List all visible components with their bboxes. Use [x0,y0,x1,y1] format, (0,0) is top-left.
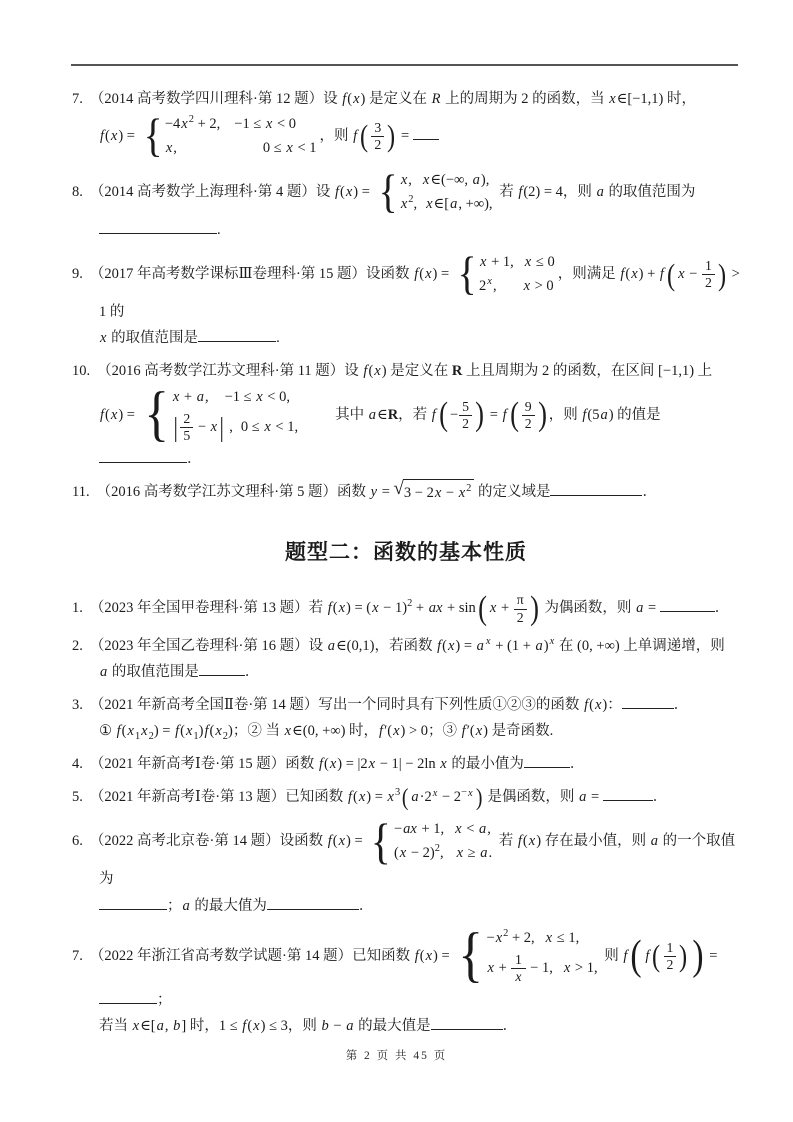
problem-number: 6. [72,833,83,849]
math-run-i: x [352,91,360,107]
answer-blank [524,752,570,768]
math-run-i: x [368,756,376,772]
problem-number: 11. [72,484,90,500]
math-run-big: ) [387,124,395,148]
math-run-i: x [467,788,474,799]
math-run-big: ) [718,263,726,287]
math-run-t: − 1| − 2ln [376,756,439,772]
math-run-t: ) = [154,723,174,739]
problem-list-section2: 1.（2023 年全国甲卷理科·第 13 题）若 f(x) = (x − 1)2… [72,592,740,1039]
math-run-t: −1 ≤ [234,116,265,132]
answer-blank [99,218,217,234]
math-run-t: = [378,484,393,500]
math-run-t: ) = [118,407,138,423]
math-run-i: a [327,638,336,654]
math-run-t: ( [333,833,338,849]
math-run-t: ′( [384,723,392,739]
math-run-t: 2 [374,137,381,152]
math-run-t: . [217,222,221,238]
math-run-t: （2021 年新高考Ⅰ卷·第 15 题）函数 [90,756,318,772]
problem-item: 3.（2021 年新高考全国Ⅱ卷·第 14 题）写出一个同时具有下列性质①②③的… [72,692,740,744]
math-run-t: < 1 [294,140,317,156]
math-run-i: x [563,960,571,976]
math-run-t: = [644,600,659,616]
problem-list-section1: 7.（2014 高考数学四川理科·第 12 题）设 f(x) 是定义在 R 上的… [72,86,740,506]
math-run-sup: x [485,636,492,647]
math-run-big: | [173,416,177,438]
answer-blank [622,693,674,709]
cases-row: −ax + 1,x < a, [394,819,492,840]
math-run-cases: {−ax + 1,x < a,(x − 2)2,x ≥ a. [369,819,492,864]
math-run-t: , [493,278,497,294]
math-run-i: y [370,484,378,500]
math-run-t: （2014 高考数学四川理科·第 12 题）设 [90,91,341,107]
math-run-i: ax [402,821,418,837]
math-run-t: 则 [601,948,623,964]
math-run-t: > 1, [571,960,597,976]
math-run-t: 为偶函数，则 [541,600,635,616]
math-run-t: ) 是奇函数. [483,723,553,739]
math-run-i: x [456,845,464,861]
math-run-i: R [431,91,442,107]
math-run-t: − 2 [438,789,461,805]
math-run-t: 2 [705,275,712,290]
math-run-t: − 1) [380,600,408,616]
math-run-big: ( [360,124,368,148]
answer-blank [431,1014,503,1030]
math-run-big: ( [439,402,448,429]
math-run-i: x [425,948,433,964]
problem-body: （2021 年新高考全国Ⅱ卷·第 14 题）写出一个同时具有下列性质①②③的函数… [90,697,688,739]
math-run-i: a [596,184,605,200]
math-run-t: 2 [517,610,524,625]
math-run-sup: −x [461,788,474,799]
math-run-t: − [194,419,209,435]
math-run-t: ． [503,1018,518,1034]
math-run-t: ． [642,484,657,500]
math-run-i: x [400,172,408,188]
math-run-t: 的最大值是 [354,1018,430,1034]
answer-blank [267,893,359,909]
math-run-t: < 0, [264,389,290,405]
math-run-i: x [514,969,522,984]
math-run-i: x [338,833,346,849]
cases-row: x,x∈(−∞, a), [400,170,493,191]
math-run-i: x [358,789,366,805]
math-run-t: )；② 当 [228,723,284,739]
math-run-t: ． [187,451,202,467]
math-run-t: 是定义在 [387,363,452,379]
math-run-t: . [489,845,493,861]
math-run-t: + [497,600,512,616]
math-run-t: 的最大值为 [191,898,267,914]
math-run-t: ) 存在最小值，则 [536,833,650,849]
math-run-sup: 3 [395,788,400,799]
math-run-i: x [677,266,685,282]
math-run-i: x [392,723,400,739]
header-rule [71,64,738,66]
math-run-t: ) > 0；③ [401,723,461,739]
problem-body: （2022 高考北京卷·第 14 题）设函数 f(x) = {−ax + 1,x… [90,833,735,913]
math-run-i: a [449,196,458,212]
math-run-cases: {x + a,−1 ≤ x < 0,|25 − x| ,0 ≤ x < 1, [142,387,299,445]
math-run-t: − [330,1018,345,1034]
problem-number: 1. [72,600,83,616]
answer-blank [99,988,157,1004]
math-run-t: , +∞), [458,196,492,212]
math-run-t: ( [122,723,127,739]
math-run-t: < [463,821,478,837]
page-content: 7.（2014 高考数学四川理科·第 12 题）设 f(x) 是定义在 R 上的… [72,86,740,1046]
math-run-big: ) [530,596,539,623]
math-run-big: ) [475,788,482,808]
math-run-t: ) = [353,184,373,200]
math-run-i: x [434,485,442,501]
math-run-big: ) [692,940,703,974]
math-run-i: x [608,91,616,107]
math-run-b: R [388,407,398,423]
math-run-i: a [368,407,377,423]
math-run-t: ≥ [464,845,479,861]
math-run-t: 若当 [99,1018,132,1034]
problem-item: 7.（2014 高考数学四川理科·第 12 题）设 f(x) 是定义在 R 上的… [72,86,740,161]
math-run-t: 上且周期为 2 的函数，在区间 [−1,1) 上 [462,363,712,379]
math-run-t: , [173,140,177,156]
answer-blank [413,124,439,140]
math-run-i: x [252,1018,260,1034]
problem-body: （2014 高考数学四川理科·第 12 题）设 f(x) 是定义在 R 上的周期… [90,91,696,144]
math-run-t: + sin [443,600,475,616]
math-run-t: − [394,821,402,837]
math-run-i: x [127,723,135,739]
math-run-i: x [345,184,353,200]
math-run-t: ∈(0,1)，若函数 [336,638,436,654]
math-run-big: ( [652,944,660,968]
problem-body: （2023 年全国乙卷理科·第 16 题）设 a∈(0,1)，若函数 f(x) … [90,638,725,680]
math-run-t: （2016 高考数学江苏文理科·第 11 题）设 [97,363,362,379]
answer-blank [660,596,715,612]
math-run-t: ) = [366,789,386,805]
math-run-t: ≤ 0 [532,254,554,270]
math-run-f: 92 [522,399,535,433]
math-run-cases: {−x2 + 2,x ≤ 1,x + 1x − 1,x > 1, [456,928,597,986]
math-run-i: x [485,636,492,647]
math-run-t: − [442,485,457,501]
math-run-i: a [478,821,487,837]
math-run-t: 的取值范围是 [108,664,199,680]
section-heading: 题型二：函数的基本性质 [72,536,740,566]
cases-row: 2x,x > 0 [479,276,555,297]
math-run-t: ． [653,789,668,805]
math-run-big: ( [667,263,675,287]
problem-number: 10. [72,363,90,379]
math-run-i: x [495,930,503,946]
math-run-t: 1 [515,952,522,967]
math-run-i: a [410,789,419,805]
math-run-t: 2 [667,957,674,972]
cases-row: |25 − x| ,0 ≤ x < 1, [172,411,298,445]
math-run-t: 1 [667,940,674,955]
math-run-sup: x [486,276,493,287]
problem-body: （2021 年新高考Ⅰ卷·第 13 题）已知函数 f(x) = x3(a·2x … [90,789,667,805]
math-run-t: = [706,948,718,964]
document-page: 7.（2014 高考数学四川理科·第 12 题）设 f(x) 是定义在 R 上的… [0,0,793,1122]
math-run-t: (5 [587,407,599,423]
math-run-big: ( [478,596,487,623]
math-run-t: 若 [496,184,518,200]
problem-body: （2023 年全国甲卷理科·第 13 题）若 f(x) = (x − 1)2 +… [90,600,729,616]
math-run-t: − 1, [527,960,553,976]
math-run-big: | [220,416,224,438]
math-run-i: x [338,600,346,616]
math-run-b: R [452,363,462,379]
cases-row: −x2 + 2,x ≤ 1, [487,928,598,949]
math-run-t: （2017 年高考数学课标Ⅲ卷理科·第 15 题）设函数 [90,266,413,282]
math-run-i: x [487,960,495,976]
math-run-sup: 2 [466,483,471,494]
answer-blank [603,785,653,801]
math-run-f: 25 [180,411,193,445]
math-run-i: f [431,407,437,423]
math-run-i: x [373,363,381,379]
answer-blank [550,480,642,496]
math-run-i: x [523,278,531,294]
math-run-t: 9 [525,399,532,414]
math-run-t: < 0 [273,116,296,132]
math-run-t: 上的周期为 2 的函数，当 [441,91,608,107]
math-run-t: + 1, [418,821,444,837]
math-run-t: ． [359,898,374,914]
math-run-t: ． [570,756,585,772]
math-run-t: + 2, [508,930,534,946]
math-run-t: 5 [183,428,190,443]
math-run-t: − [487,930,495,946]
math-run-t: ), [481,172,489,188]
math-run-f: 1x [511,952,525,986]
math-run-i: x [371,600,379,616]
math-run-t: . [276,330,280,346]
math-run-cases: {x + 1,x ≤ 02x,x > 0 [456,252,555,297]
math-run-i: x [475,723,483,739]
math-run-t: −1 ≤ [225,389,256,405]
math-run-t: + (1 + [492,638,535,654]
problem-item: 1.（2023 年全国甲卷理科·第 13 题）若 f(x) = (x − 1)2… [72,592,740,626]
math-run-i: x [210,419,218,435]
cases-row: x2,x∈[a, +∞), [400,194,493,215]
math-run-t: ； [167,898,182,914]
math-run-t: > 0 [531,278,554,294]
page-footer: 第 2 页 共 45 页 [0,1047,793,1063]
math-run-i: b [321,1018,330,1034]
math-run-i: a [472,172,481,188]
math-run-t: 5 [462,399,469,414]
math-run-i: x [439,756,447,772]
math-run-t: + 1, [487,254,513,270]
math-run-t: ，则满足 [558,266,620,282]
answer-blank [99,447,187,463]
math-run-i: x [545,930,553,946]
math-run-t: 2 [462,416,469,431]
math-run-i: x [263,419,271,435]
math-run-t: ． [245,664,260,680]
math-run-t: < 1, [272,419,298,435]
math-run-t: 的取值范围为 [605,184,696,200]
math-run-i: a [156,1018,165,1034]
math-run-t: 的最小值为 [448,756,524,772]
math-run-big: ( [402,788,409,808]
math-run-t: (2) = 4，则 [523,184,595,200]
answer-blank [99,893,167,909]
math-run-i: x [486,276,493,287]
math-run-i: a [196,389,205,405]
math-run-i: x [424,266,432,282]
math-run-t: 3 [395,788,400,799]
math-run-i: b [172,1018,181,1034]
problem-body: （2021 年新高考Ⅰ卷·第 15 题）函数 f(x) = |2x − 1| −… [90,756,584,772]
math-run-i: ax [428,600,444,616]
math-run-i: a [578,789,587,805]
math-run-i: f [659,266,665,282]
math-run-cases: {−4x2 + 2,−1 ≤ x < 0x,0 ≤ x < 1 [142,114,317,159]
problem-body: （2014 高考数学上海理科·第 4 题）设 f(x) = {x,x∈(−∞, … [90,184,696,238]
math-run-i: x [284,723,292,739]
math-run-t: 是定义在 [365,91,430,107]
math-run-t: ∈[−1,1) 时， [617,91,696,107]
math-run-t: ) = ( [346,600,371,616]
math-run-f: 12 [664,940,677,974]
problem-item: 9.（2017 年高考数学课标Ⅲ卷理科·第 15 题）设函数 f(x) = {x… [72,250,740,351]
math-run-f: 52 [459,399,472,433]
math-run-t: ) + [639,266,659,282]
problem-item: 5.（2021 年新高考Ⅰ卷·第 13 题）已知函数 f(x) = x3(a·2… [72,784,740,810]
math-run-i: x [132,1018,140,1034]
math-run-i: x [285,140,293,156]
math-run-t: = [587,789,602,805]
math-run-f: 32 [371,120,384,154]
math-run-t: ≤ 1, [553,930,579,946]
math-run-t: ∈(−∞, [430,172,471,188]
cases-row: −4x2 + 2,−1 ≤ x < 0 [165,114,317,135]
math-run-t: 是偶函数，则 [484,789,578,805]
problem-item: 8.（2014 高考数学上海理科·第 4 题）设 f(x) = {x,x∈(−∞… [72,168,740,243]
math-run-t: （2023 年全国乙卷理科·第 16 题）设 [90,638,327,654]
math-run-t: , [413,196,417,212]
math-run-sqrt: √3 − 2x − x2 [394,479,475,506]
math-run-big: ) [538,402,547,429]
math-run-t: ′( [467,723,475,739]
math-run-i: x [458,485,466,501]
problem-number: 4. [72,756,83,772]
math-run-t: + [412,600,427,616]
math-run-t: ) = [118,128,138,144]
math-run-t: （2022 年浙江省高考数学试题·第 14 题）已知函数 [90,948,414,964]
math-run-i: x [172,389,180,405]
math-run-t: ，则 [320,128,353,144]
math-run-t: − [686,266,701,282]
math-run-f: π2 [514,592,527,626]
math-run-i: a [479,845,488,861]
math-run-t: , [408,172,412,188]
cases-row: x + a,−1 ≤ x < 0, [172,387,298,408]
math-run-i: a [599,407,608,423]
math-run-t: , [226,419,233,435]
problem-item: 7.（2022 年浙江省高考数学试题·第 14 题）已知函数 f(x) = {−… [72,926,740,1040]
math-run-t: ( [333,600,338,616]
math-run-t: 其中 [335,407,368,423]
math-run-t: , [440,845,444,861]
math-run-i: a [635,600,644,616]
math-run-big: ( [510,402,519,429]
math-run-i: x [400,196,408,212]
problem-body: （2017 年高考数学课标Ⅲ卷理科·第 15 题）设函数 f(x) = {x +… [90,266,740,346]
math-run-i: x [454,821,462,837]
math-run-big: ( [631,940,642,974]
math-run-t: ∈[ [434,196,450,212]
math-run-t: −4 [165,116,180,132]
math-run-t: （2023 年全国甲卷理科·第 13 题）若 [90,600,327,616]
math-run-t: ] 时，1 ≤ [181,1018,241,1034]
math-run-t: , [205,389,209,405]
math-run-big: ) [475,402,484,429]
math-run-i: f [622,948,628,964]
math-run-i: a [99,664,108,680]
problem-number: 9. [72,266,83,282]
math-run-t: 2 [525,416,532,431]
math-run-t: π [517,592,524,607]
math-run-big: ) [679,944,687,968]
problem-number: 2. [72,638,83,654]
answer-blank [198,326,276,342]
math-run-t: ． [715,600,730,616]
math-run-i: a [182,898,191,914]
math-run-t: ； [157,992,172,1008]
math-run-t: ∈ [377,407,388,423]
cases-row: x + 1,x ≤ 0 [479,252,555,273]
problem-item: 10.（2016 高考数学江苏文理科·第 11 题）设 f(x) 是定义在 R … [72,358,740,472]
math-run-t: 的取值范围是 [107,330,198,346]
problem-item: 6.（2022 高考北京卷·第 14 题）设函数 f(x) = {−ax + 1… [72,817,740,918]
math-run-t: ，若 [398,407,431,423]
math-run-t: 2 [466,483,471,494]
math-run-t: ) 的值是 [609,407,661,423]
problem-item: 4.（2021 年新高考Ⅰ卷·第 15 题）函数 f(x) = |2x − 1|… [72,751,740,777]
math-run-t: 的定义域是 [474,484,550,500]
math-run-t: 若 [495,833,517,849]
math-run-t: 2 [183,411,190,426]
math-run-t: 在 (0, +∞) 上单调递增，则 [555,638,725,654]
math-run-t: )： [602,697,621,713]
math-run-t: 0 ≤ [263,140,285,156]
math-run-t: = [397,128,412,144]
math-run-i: x [255,389,263,405]
math-run-i: x [329,756,337,772]
math-run-i: a [535,638,544,654]
math-run-t: − 2) [407,845,435,861]
problem-body: （2022 年浙江省高考数学试题·第 14 题）已知函数 f(x) = {−x2… [90,948,718,1035]
math-run-i: x [399,845,407,861]
math-run-i: x [387,789,395,805]
math-run-i: x [180,116,188,132]
math-run-i: f [352,128,358,144]
math-run-i: f [502,407,508,423]
math-run-t: , [487,821,491,837]
cases-row: x,0 ≤ x < 1 [165,138,317,159]
problem-number: 7. [72,91,83,107]
answer-blank [199,660,245,676]
math-run-t: + [495,960,510,976]
problem-number: 5. [72,789,83,805]
math-run-t: （2014 高考数学上海理科·第 4 题）设 [90,184,334,200]
